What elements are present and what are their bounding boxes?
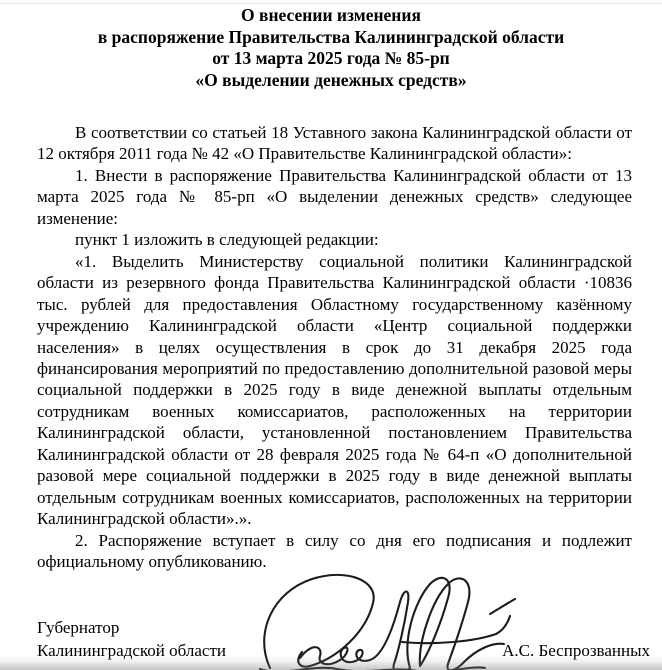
paragraph-preamble: В соответствии со статьей 18 Уставного з…	[37, 122, 632, 165]
signatory-position-line-2: Калининградской области	[37, 639, 226, 662]
title-line-2: в распоряжение Правительства Калининград…	[0, 27, 662, 49]
signature-stroke-loops	[407, 578, 504, 670]
document-page: О внесении изменения в распоряжение Прав…	[0, 0, 662, 670]
signatory-position: Губернатор Калининградской области	[37, 616, 226, 662]
title-line-3: от 13 марта 2025 года № 85-рп	[0, 48, 662, 70]
document-body: В соответствии со статьей 18 Уставного з…	[37, 122, 632, 573]
paragraph-item-1: 1. Внести в распоряжение Правительства К…	[37, 165, 632, 229]
title-line-1: О внесении изменения	[0, 5, 662, 27]
title-line-4: «О выделении денежных средств»	[0, 70, 662, 92]
signatory-name: А.С. Беспрозванных	[502, 641, 650, 661]
signature-stroke-middle	[300, 592, 410, 670]
handwritten-signature	[252, 572, 522, 670]
document-title: О внесении изменения в распоряжение Прав…	[0, 5, 662, 91]
signature-stroke-tick	[490, 599, 515, 614]
page-top-border	[0, 3, 662, 4]
signatory-position-line-1: Губернатор	[37, 616, 226, 639]
paragraph-amendment-text: «1. Выделить Министерству социальной пол…	[37, 251, 632, 530]
paragraph-amendment-intro: пункт 1 изложить в следующей редакции:	[37, 229, 632, 250]
paragraph-item-2: 2. Распоряжение вступает в силу со дня е…	[37, 530, 632, 573]
